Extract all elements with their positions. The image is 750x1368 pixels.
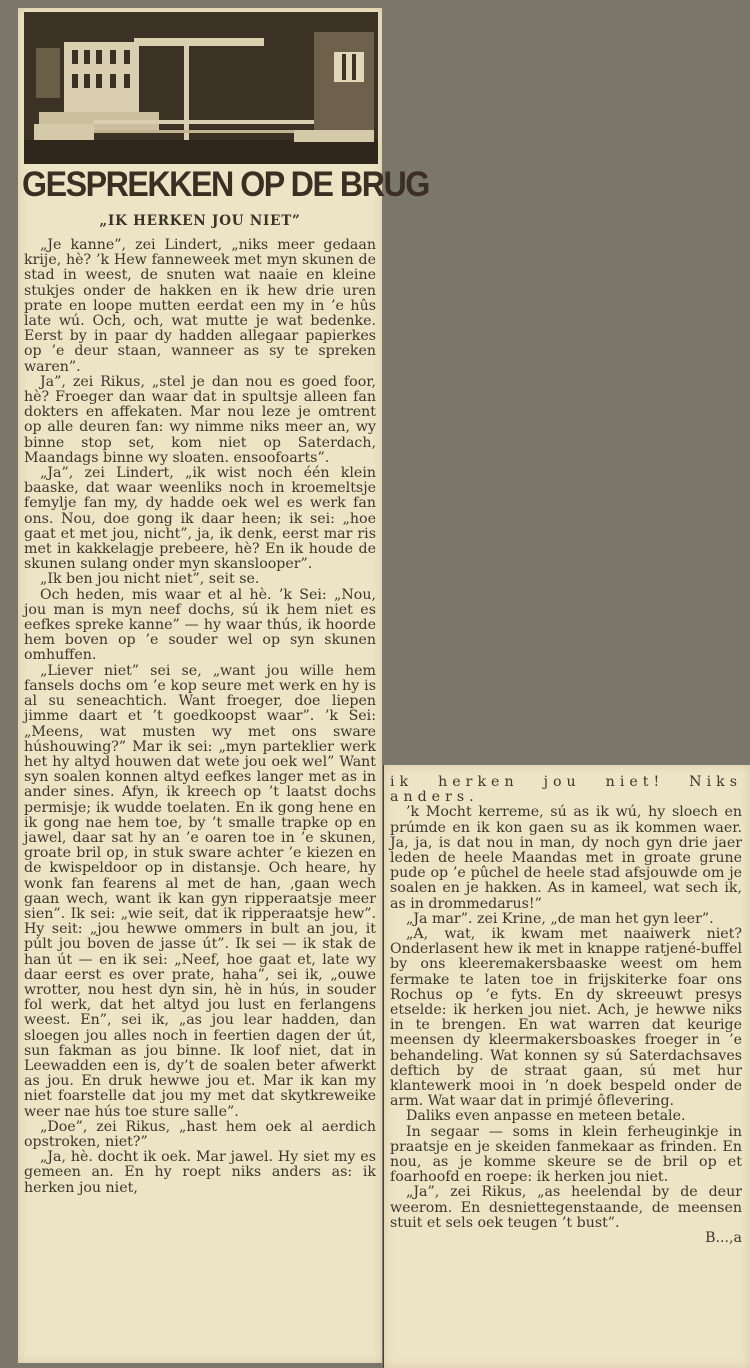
paragraph: „Ik ben jou nicht niet”, seit se. <box>24 572 376 587</box>
paragraph: „Ja mar”. zei Krine, „de man het gyn lee… <box>390 912 742 927</box>
clipping-left-column: GESPREKKEN OP DE BRUG „IK HERKEN JOU NIE… <box>18 8 382 1363</box>
paragraph: „Liever niet” sei se, „want jou wille he… <box>24 664 376 1120</box>
paragraph: Och heden, mis waar et al hè. ’k Sei: „N… <box>24 588 376 664</box>
paragraph: „Doe”, zei Rikus, „hast hem oek al aerdi… <box>24 1120 376 1150</box>
bridge-illustration <box>24 12 378 164</box>
right-column-body: ik herken jou niet! Niks anders. ’k Moch… <box>390 775 742 1246</box>
article-headline: „IK HERKEN JOU NIET” <box>18 213 382 229</box>
paragraph: „Ja, hè. docht ik oek. Mar jawel. Hy sie… <box>24 1150 376 1196</box>
drawbridge-image-icon <box>24 12 378 164</box>
paragraph: ’k Mocht kerreme, sú as ik wú, hy sloech… <box>390 805 742 911</box>
paragraph: In segaar — soms in klein ferheuginkje i… <box>390 1125 742 1186</box>
masthead-title: GESPREKKEN OP DE BRUG <box>22 165 351 205</box>
paragraph: „A, wat, ik kwam met naaiwerk niet? Onde… <box>390 927 742 1109</box>
paragraph: „Je kanne”, zei Lindert, „niks meer geda… <box>24 238 376 375</box>
paragraph: ik herken jou niet! Niks anders. <box>390 775 742 805</box>
paragraph: „Ja”, zei Rikus, „as heelendal by de deu… <box>390 1185 742 1231</box>
paragraph: „Ja”, zei Lindert, „ik wist noch één kle… <box>24 466 376 572</box>
paragraph: Ja”, zei Rikus, „stel je dan nou es goed… <box>24 375 376 466</box>
paragraph: Daliks even anpasse en meteen betale. <box>390 1109 742 1124</box>
clipping-right-column: ik herken jou niet! Niks anders. ’k Moch… <box>383 765 750 1368</box>
author-signature: B...,a <box>390 1231 742 1246</box>
left-column-body: „Je kanne”, zei Lindert, „niks meer geda… <box>24 238 376 1196</box>
